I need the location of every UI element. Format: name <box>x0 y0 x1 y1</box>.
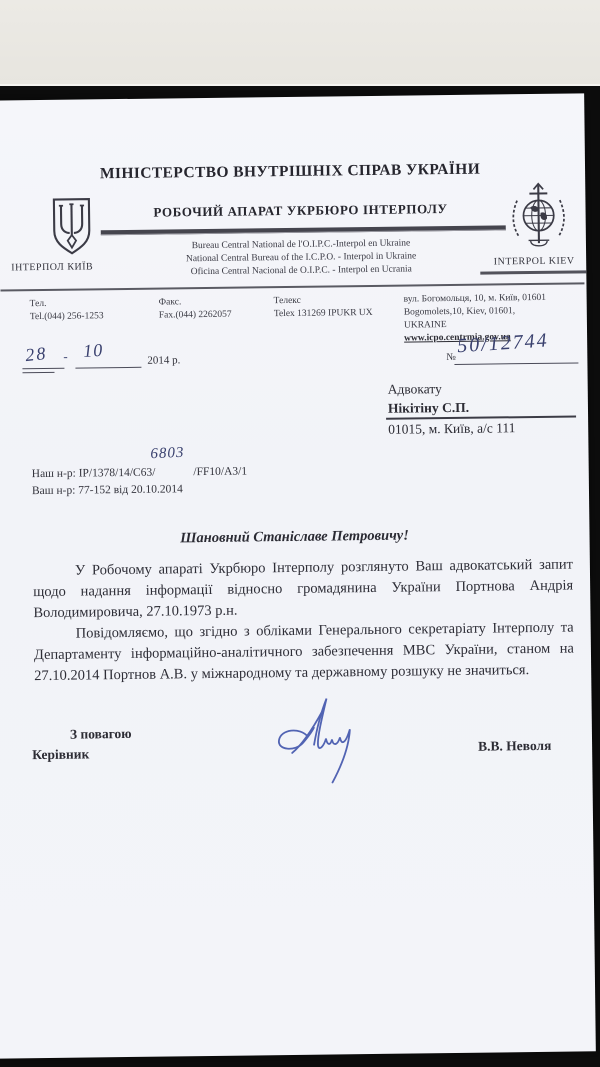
salutation: Шановний Станіславе Петровичу! <box>0 525 590 549</box>
date-year-label: 2014 р. <box>147 354 180 366</box>
phone-block: Тел. Tel.(044) 256-1253 <box>30 297 104 324</box>
photo-background: МІНІСТЕРСТВО ВНУТРІШНІХ СПРАВ УКРАЇНИ ІН… <box>0 0 600 1067</box>
letter-page: МІНІСТЕРСТВО ВНУТРІШНІХ СПРАВ УКРАЇНИ ІН… <box>0 93 596 1058</box>
doc-number-underline <box>454 362 578 365</box>
date-day-handwritten: 28 <box>24 343 48 366</box>
fax-label: Факс. <box>159 296 232 310</box>
interpol-emblem-icon <box>507 182 570 253</box>
date-underline <box>22 368 64 370</box>
photo-top-strip <box>0 0 600 86</box>
signature-scribble <box>263 694 379 787</box>
our-ref-line: Наш н-р: IP/1378/14/C63//FF10/A3/1 <box>32 466 247 481</box>
closing-phrase: З повагою <box>70 726 132 743</box>
your-ref-line: Ваш н-р: 77-152 від 20.10.2014 <box>32 483 183 497</box>
bureau-title: РОБОЧИЙ АПАРАТ УКРБЮРО ІНТЕРПОЛУ <box>105 200 495 221</box>
letter-body: У Робочому апараті Укрбюро Інтерполу роз… <box>33 555 574 688</box>
date-underline <box>22 372 54 373</box>
addressee-address: 01015, м. Київ, а/с 111 <box>388 420 515 438</box>
interpol-kyiv-label: ІНТЕРПОЛ КИЇВ <box>0 261 108 273</box>
interpol-kiev-label: INTERPOL KIEV <box>482 255 586 267</box>
trident-emblem-icon <box>50 195 93 258</box>
telex-block: Телекс Telex 131269 IPUKR UX <box>274 294 373 321</box>
ref-handwritten-insert: 6803 <box>150 445 185 464</box>
ministry-title: МІНІСТЕРСТВО ВНУТРІШНІХ СПРАВ УКРАЇНИ <box>0 159 585 184</box>
date-dash-handwritten: - <box>63 349 68 365</box>
tel-value: Tel.(044) 256-1253 <box>30 310 104 324</box>
fax-block: Факс. Fax.(044) 2262057 <box>159 296 232 323</box>
telex-value: Telex 131269 IPUKR UX <box>274 307 373 321</box>
telex-label: Телекс <box>274 294 373 308</box>
doc-number-sign: № <box>446 352 456 363</box>
addressee-name: Нікітіну С.П. <box>388 398 469 418</box>
addressee-block: Адвокату Нікітіну С.П. <box>388 379 470 418</box>
doc-number-handwritten: 50/12744 <box>457 329 550 358</box>
body-paragraph-1: У Робочому апараті Укрбюро Інтерполу роз… <box>33 555 574 625</box>
header-divider-rule <box>0 282 584 291</box>
our-ref-part2: /FF10/A3/1 <box>193 466 247 479</box>
fax-value: Fax.(044) 2262057 <box>159 309 232 323</box>
tel-label: Тел. <box>30 297 104 311</box>
right-label-rule <box>480 270 586 274</box>
signer-title: Керівник <box>32 746 89 763</box>
intl-bureau-lines: Bureau Central National de l'O.I.P.C.-In… <box>101 236 501 280</box>
body-paragraph-2: Повідомляємо, що згідно з обліками Генер… <box>34 618 575 688</box>
signer-name: В.В. Неволя <box>478 738 551 755</box>
our-ref-part1: Наш н-р: IP/1378/14/C63/ <box>32 467 156 481</box>
header-rule <box>101 225 506 235</box>
date-month-handwritten: 10 <box>83 340 104 362</box>
date-underline <box>75 367 141 369</box>
addressee-role: Адвокату <box>388 379 469 399</box>
